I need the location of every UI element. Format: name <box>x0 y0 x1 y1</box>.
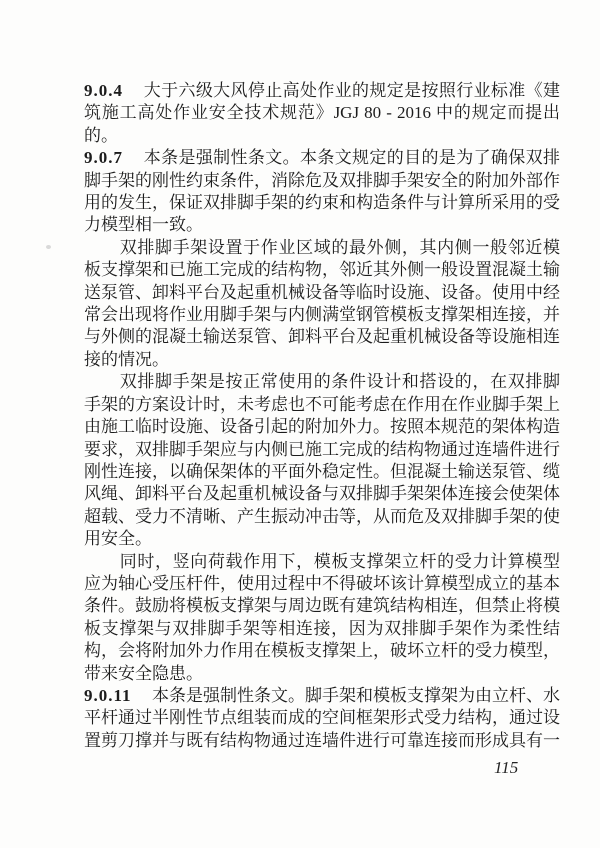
body-paragraph: 双排脚手架是按正常使用的条件设计和搭设的，在双排脚手架的方案设计时，未考虑也不可… <box>84 371 560 550</box>
body-paragraph: 同时，竖向荷载作用下，模板支撑架立杆的受力计算模型应为轴心受压杆件，使用过程中不… <box>84 551 560 685</box>
clause-text: 大于六级大风停止高处作业的规定是按照行业标准《建筑施工高处作业安全技术规范》JG… <box>84 81 560 145</box>
clause-paragraph-9-0-7: 9.0.7本条是强制性条文。本条文规定的目的是为了确保双排脚手架的刚性约束条件，… <box>84 147 560 237</box>
clause-text: 本条是强制性条文。脚手架和模板支撑架为由立杆、水平杆通过半刚性节点组装而成的空间… <box>84 686 560 750</box>
body-paragraph: 双排脚手架设置于作业区域的最外侧，其内侧一般邻近模板支撑架和已施工完成的结构物，… <box>84 237 560 371</box>
clause-text: 本条是强制性条文。本条文规定的目的是为了确保双排脚手架的刚性约束条件，消除危及双… <box>84 148 560 234</box>
scanned-document-page: { "page": { "number": "115", "paper_colo… <box>0 0 600 848</box>
clause-number: 9.0.11 <box>84 686 132 705</box>
page-number: 115 <box>494 758 518 778</box>
document-text-block: 9.0.4大于六级大风停止高处作业的规定是按照行业标准《建筑施工高处作业安全技术… <box>84 80 560 752</box>
scan-speck-artifact <box>46 245 51 249</box>
clause-paragraph-9-0-4: 9.0.4大于六级大风停止高处作业的规定是按照行业标准《建筑施工高处作业安全技术… <box>84 80 560 147</box>
clause-paragraph-9-0-11: 9.0.11本条是强制性条文。脚手架和模板支撑架为由立杆、水平杆通过半刚性节点组… <box>84 685 560 752</box>
clause-number: 9.0.4 <box>84 81 123 100</box>
clause-number: 9.0.7 <box>84 148 123 167</box>
